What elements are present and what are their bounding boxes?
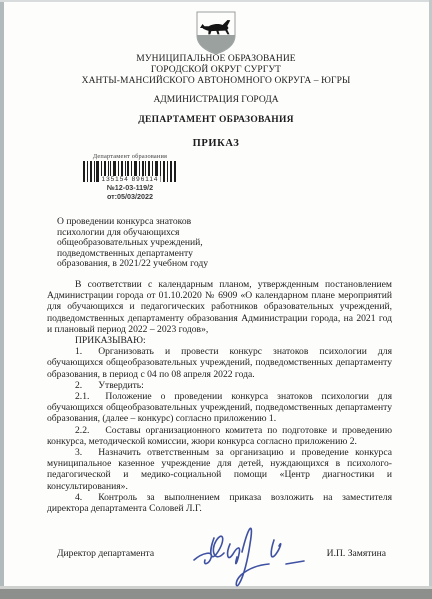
item-text: Утвердить: [98,380,144,391]
order-item-2-1: 2.1.Положение о проведении конкурса знат… [47,391,392,425]
order-item-1: 1.Организовать и провести конкурс знаток… [47,346,392,380]
document-body: В соответствии с календарным планом, утв… [47,279,392,514]
document-subject: О проведении конкурса знатоков психологи… [57,217,287,270]
organization-name: МУНИЦИПАЛЬНОЕ ОБРАЗОВАНИЕ ГОРОДСКОЙ ОКРУ… [0,54,432,87]
order-item-2-2: 2.2.Составы организационного комитета по… [47,425,392,447]
document-date: от:05/03/2022 [78,193,182,202]
handwritten-signature [186,512,336,596]
department-line: ДЕПАРТАМЕНТ ОБРАЗОВАНИЯ [0,115,432,125]
intro-paragraph: В соответствии с календарным планом, утв… [47,279,392,335]
order-word: ПРИКАЗЫВАЮ: [47,335,392,346]
signer-position: Директор департамента [57,548,154,559]
item-text: Организовать и провести конкурс знатоков… [47,346,392,379]
order-item-4: 4.Контроль за выполнением приказа возлож… [47,492,392,514]
item-number: 2. [75,380,98,391]
item-number: 3. [75,447,98,458]
item-text: Назначить ответственным за организацию и… [47,447,392,492]
item-number: 2.2. [75,425,105,436]
scan-edge-left [0,0,4,591]
barcode-digits: 135154 896114 [100,176,161,183]
registration-stamp: Департамент образования 135154 896114 [78,153,182,201]
item-number: 1. [75,346,98,357]
stamp-department-label: Департамент образования [78,153,182,160]
barcode: 135154 896114 [82,161,178,182]
order-item-2: 2.Утвердить: [47,380,392,391]
administration-line: АДМИНИСТРАЦИЯ ГОРОДА [0,95,432,105]
document-type-title: ПРИКАЗ [0,138,432,149]
item-number: 4. [75,492,98,503]
surgut-coat-of-arms-icon [194,10,238,56]
order-item-3: 3.Назначить ответственным за организацию… [47,447,392,492]
item-text: Контроль за выполнением приказа возложит… [47,492,392,514]
item-number: 2.1. [75,391,105,402]
scan-edge-top [0,0,432,2]
